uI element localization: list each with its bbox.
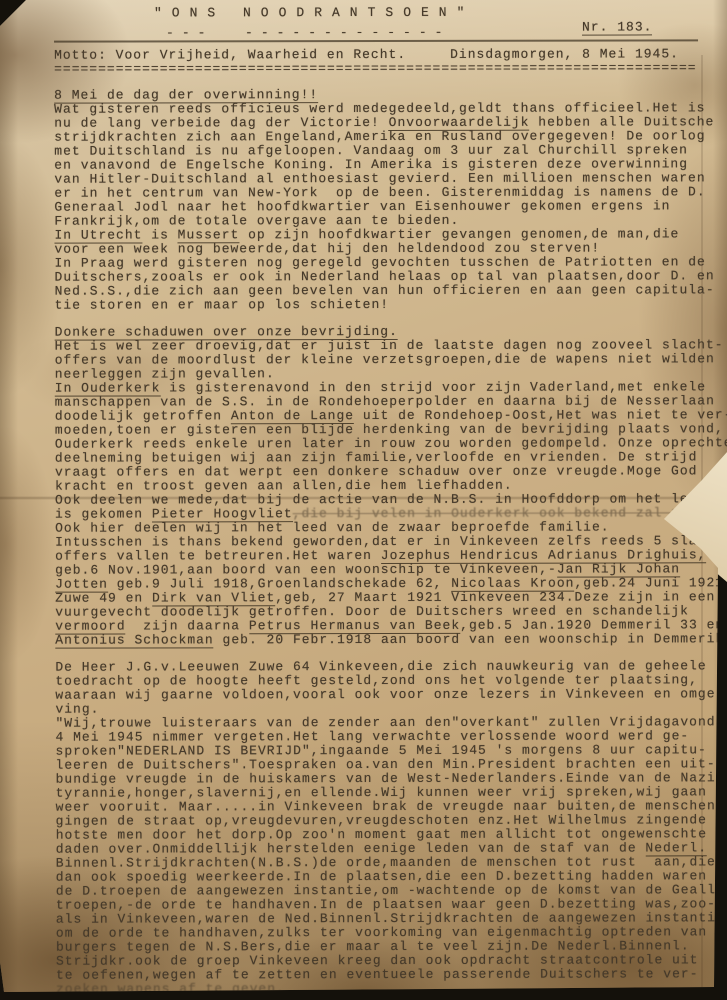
text-segment: is [142,227,177,242]
text-segment: offers van de moordlust der kleine verze… [55,351,715,367]
masthead-rule: --- ------------- Nr. 183. [54,23,698,42]
paper-sheet: "ONS NOODRANTSOEN" --- ------------- Nr.… [0,0,727,1000]
text-segment: waaraan wij gaarne voldoen,vooral ook vo… [55,686,724,702]
text-segment: Zuwe 49 en [55,590,152,605]
scanned-page: "ONS NOODRANTSOEN" --- ------------- Nr.… [0,0,727,1000]
section: De Heer J.G.v.Leeuwen Zuwe 64 Vinkeveen,… [55,659,700,996]
text-segment: geb. 20 Febr.1918 aan boord van een woon… [214,631,727,647]
issue-number: Nr. 183. [582,20,652,35]
text-line: Antonius Schockman geb. 20 Febr.1918 aan… [55,632,699,647]
text-segment: ,die bij velen in Ouderkerk ook bekend z… [293,505,698,521]
text-segment: te oefenen,wegen af te zetten en eventue… [56,966,699,982]
section: 8 Mei de dag der overwinning!!Wat gister… [54,87,698,312]
text-line: tie storen en er maar op los schieten! [55,297,699,312]
section: Donkere schaduwen over onze bevrijding.H… [55,324,700,647]
document-body: 8 Mei de dag der overwinning!!Wat gister… [54,87,700,996]
text-line: is gekomen Pieter Hoogvliet,die bij vele… [55,506,699,521]
text-segment: is gekomen [55,506,152,521]
text-segment: zoeken wapens af te geven. [56,981,285,996]
text-line: waaraan wij gaarne voldoen,vooral ook vo… [55,687,699,702]
text-segment: ving. [55,702,99,717]
text-segment: tie storen en er maar op los schieten! [55,297,389,313]
divider-line: ========================================… [54,61,698,76]
text-line: zoeken wapens af te geven. [56,981,700,996]
masthead-dashes: --- ------------- [166,26,450,41]
text-line: offers van de moordlust der kleine verze… [55,352,699,367]
text-segment: ,geb.24 Juni 1921 [574,575,724,590]
text-segment: zijn daarna [126,618,249,633]
document: "ONS NOODRANTSOEN" --- ------------- Nr.… [54,5,700,996]
motto-line: Motto: Voor Vrijheid, Waarheid en Recht.… [54,47,698,62]
underlined-text: Antonius Schockman [55,632,213,648]
text-line: te oefenen,wegen af te zetten en eventue… [56,967,700,982]
